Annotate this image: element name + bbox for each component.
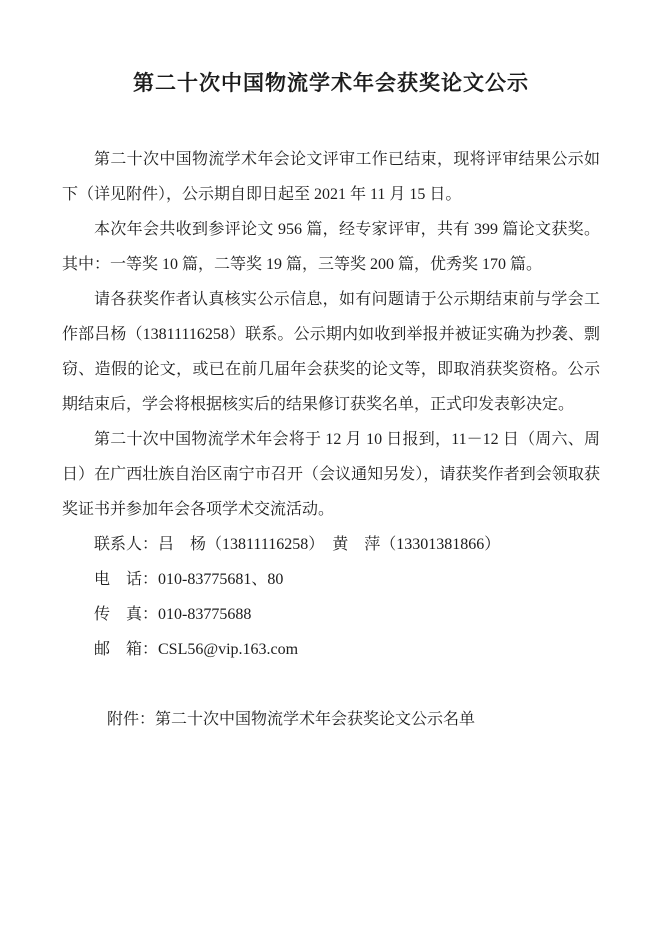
document-page: 第二十次中国物流学术年会获奖论文公示 第二十次中国物流学术年会论文评审工作已结束… xyxy=(0,0,662,936)
paragraph-award-statistics: 本次年会共收到参评论文 956 篇，经专家评审，共有 399 篇论文获奖。其中：… xyxy=(62,212,600,282)
paragraph-conference-schedule: 第二十次中国物流学术年会将于 12 月 10 日报到，11－12 日（周六、周日… xyxy=(62,422,600,527)
paragraph-verification-notice: 请各获奖作者认真核实公示信息，如有问题请于公示期结束前与学会工作部吕杨（1381… xyxy=(62,282,600,422)
document-title: 第二十次中国物流学术年会获奖论文公示 xyxy=(62,68,600,98)
contact-person-line: 联系人：吕 杨（13811116258） 黄 萍（13301381866） xyxy=(62,527,600,562)
contact-phone-line: 电 话：010-83775681、80 xyxy=(62,562,600,597)
attachment-note: 附件：第二十次中国物流学术年会获奖论文公示名单 xyxy=(62,702,600,737)
blank-line xyxy=(62,667,600,702)
contact-email-line: 邮 箱：CSL56@vip.163.com xyxy=(62,632,600,667)
contact-fax-line: 传 真：010-83775688 xyxy=(62,597,600,632)
document-content: 第二十次中国物流学术年会获奖论文公示 第二十次中国物流学术年会论文评审工作已结束… xyxy=(0,0,662,737)
paragraph-review-result: 第二十次中国物流学术年会论文评审工作已结束，现将评审结果公示如下（详见附件），公… xyxy=(62,142,600,212)
